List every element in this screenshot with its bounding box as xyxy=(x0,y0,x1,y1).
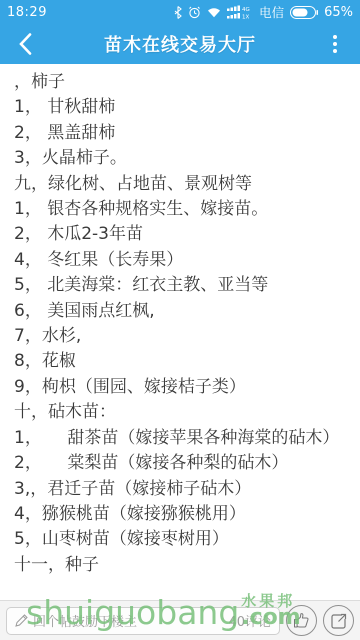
network-4g-label: 4G xyxy=(242,7,250,13)
overflow-menu-button[interactable] xyxy=(320,29,350,59)
content-line: 十，砧木苗： xyxy=(14,400,350,425)
content-line: ，柿子 xyxy=(14,70,350,95)
clock-time: 18:29 xyxy=(7,5,47,20)
content-line: 1， 银杏各种规格实生、嫁接苗。 xyxy=(14,197,350,222)
back-chevron-icon xyxy=(18,33,32,55)
content-line: 5， 北美海棠：红衣主教、亚当等 xyxy=(14,273,350,298)
share-button[interactable] xyxy=(323,605,354,636)
network-1x-label: 1X xyxy=(242,15,249,20)
content-line: 5，山枣树苗（嫁接枣树用） xyxy=(14,527,350,552)
app-bar: 苗木在线交易大厅 xyxy=(0,24,360,64)
content-line: 9，枸枳（围园、嫁接桔子类） xyxy=(14,375,350,400)
alarm-clock-icon xyxy=(188,6,201,19)
reply-input[interactable]: 回个帖鼓励下楼主 40评论 xyxy=(6,607,280,635)
content-line: 2， 棠梨苗（嫁接各种梨的砧木） xyxy=(14,451,350,476)
content-line: 8，花椒 xyxy=(14,349,350,374)
content-line: 6， 美国雨点红枫, xyxy=(14,299,350,324)
content-line: 九，绿化树、占地苗、景观树等 xyxy=(14,172,350,197)
back-button[interactable] xyxy=(10,29,40,59)
share-icon xyxy=(331,613,347,629)
status-bar: 18:29 4G 1X 电信 xyxy=(0,0,360,24)
content-line: 4，猕猴桃苗（嫁接猕猴桃用） xyxy=(14,502,350,527)
carrier-label: 电信 xyxy=(259,3,284,21)
thumbs-up-icon xyxy=(293,612,310,629)
content-line: 7，水杉, xyxy=(14,324,350,349)
content-line: 1， 甘秋甜柿 xyxy=(14,95,350,120)
content-line: 2， 木瓜2-3年苗 xyxy=(14,222,350,247)
content-line: 十一，种子 xyxy=(14,553,350,578)
phone-screen: 18:29 4G 1X 电信 xyxy=(0,0,360,640)
wifi-icon xyxy=(207,7,221,18)
like-button[interactable] xyxy=(286,605,317,636)
battery-percent-label: 65% xyxy=(324,5,353,20)
content-line: 2， 黑盖甜柿 xyxy=(14,121,350,146)
pencil-icon xyxy=(15,614,28,627)
content-line: 3，火晶柿子。 xyxy=(14,146,350,171)
signal-bars-icon: 4G 1X xyxy=(227,5,253,19)
page-title: 苗木在线交易大厅 xyxy=(40,31,320,57)
reply-placeholder: 回个帖鼓励下楼主 xyxy=(33,611,223,630)
content-line: 1， 甜茶苗（嫁接苹果各种海棠的砧木） xyxy=(14,426,350,451)
bottom-action-bar: 回个帖鼓励下楼主 40评论 xyxy=(0,600,360,640)
post-body: ，柿子1， 甘秋甜柿2， 黑盖甜柿3，火晶柿子。九，绿化树、占地苗、景观树等1，… xyxy=(0,64,360,600)
battery-icon xyxy=(290,6,318,19)
content-line: 4， 冬红果（长寿果） xyxy=(14,248,350,273)
bluetooth-icon xyxy=(174,6,182,19)
comment-count-label: 40评论 xyxy=(228,611,271,630)
content-line: 3,，君迁子苗（嫁接柿子砧木） xyxy=(14,477,350,502)
